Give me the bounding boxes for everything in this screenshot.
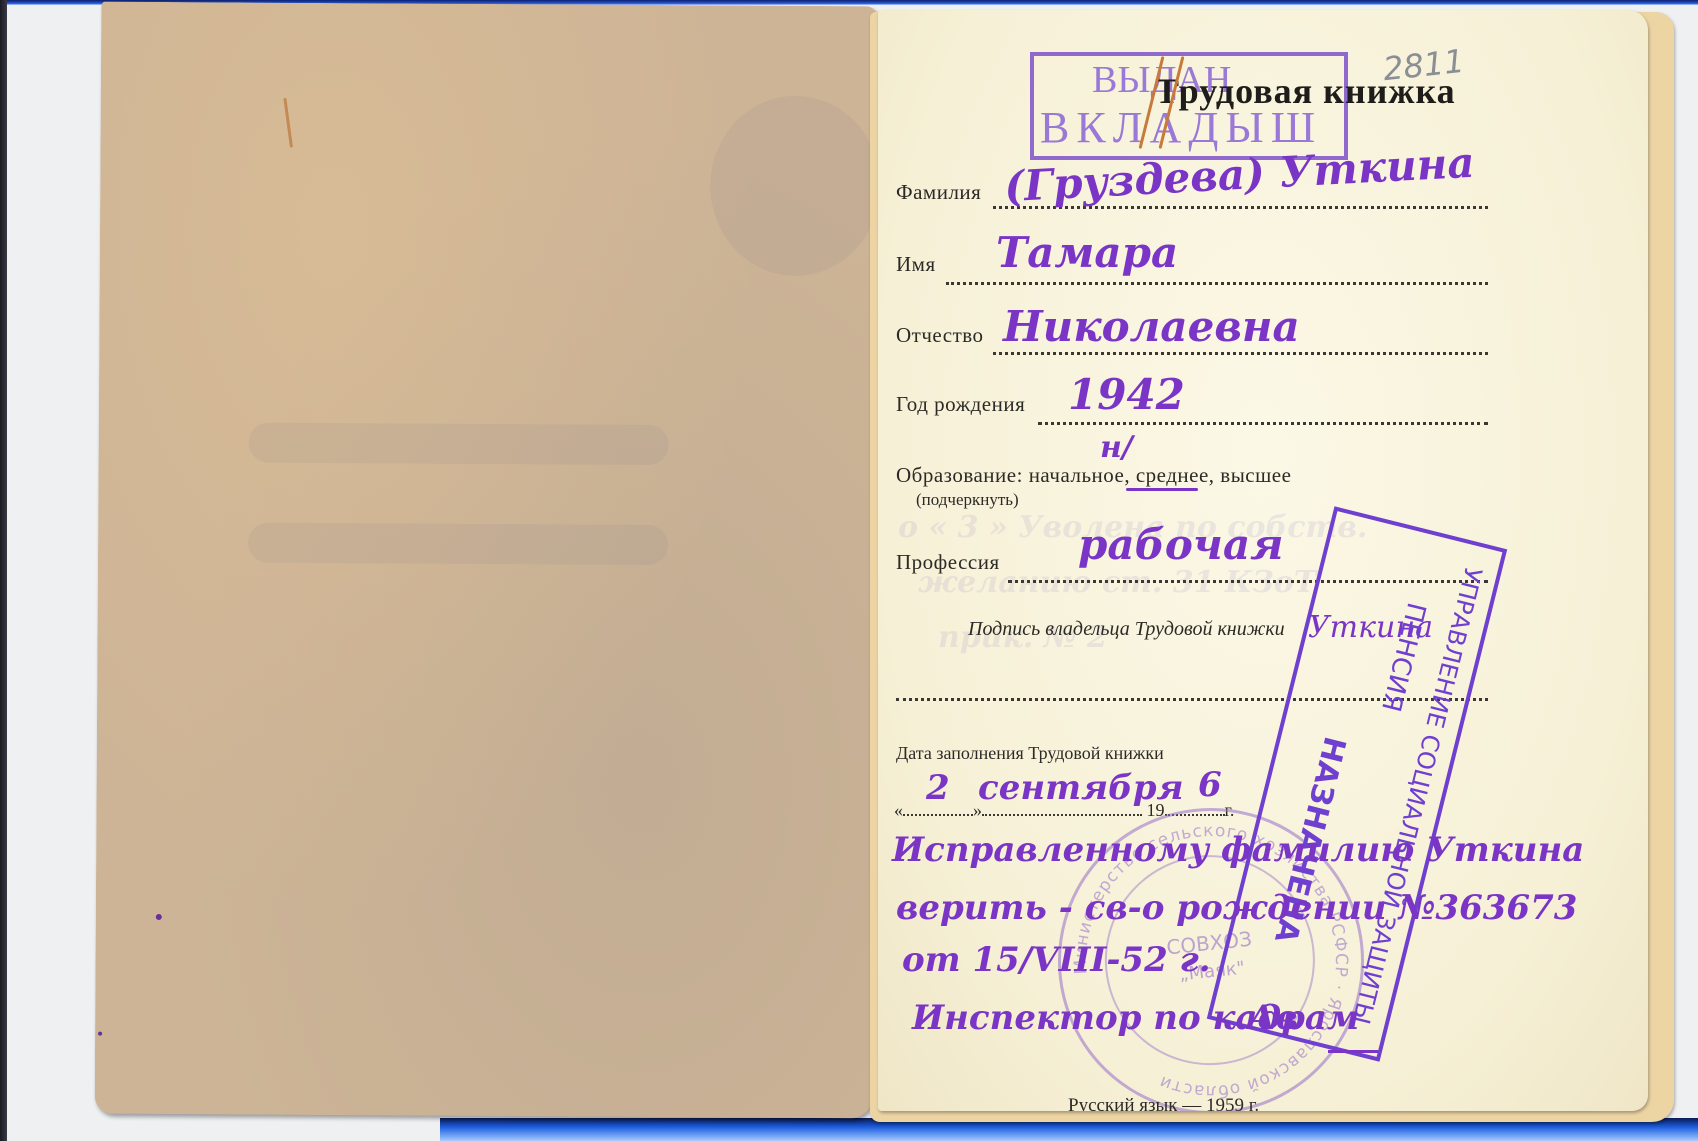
title-page: о « 3 » Уволена по собств. желанию ст. 3… <box>878 10 1648 1111</box>
education-label: Образование: начальное, среднее, высшее <box>896 463 1291 488</box>
fill-date-label: Дата заполнения Трудовой книжки <box>896 743 1164 764</box>
patronymic-value: Николаевна <box>1003 302 1300 351</box>
education-note: (подчеркнуть) <box>916 490 1019 510</box>
footer-imprint: Русский язык — 1959 г. <box>1068 1095 1259 1111</box>
correction-line2: верить - св-о рождении №363673 <box>896 888 1577 928</box>
correction-line3: от 15/VIII-52 г. <box>902 940 1211 980</box>
correction-line1: Исправленному фамилию Уткина <box>892 830 1584 870</box>
inspector-signature: Ав <box>1248 998 1298 1038</box>
education-mark: н/ <box>1100 430 1133 465</box>
fill-date-year-suffix: 6 <box>1198 765 1222 805</box>
profession-value: рабочая <box>1078 520 1284 569</box>
cover-ghost-text <box>249 423 669 466</box>
fill-date-month: сентября <box>978 768 1184 808</box>
cover-ghost-stamp <box>710 95 881 276</box>
surname-label: Фамилия <box>896 180 981 205</box>
education-underline <box>1126 488 1198 491</box>
scanner-edge-left <box>0 0 7 1141</box>
stamp-pension-line2: ПЕНСИЯ <box>1375 599 1431 714</box>
profession-label: Профессия <box>896 550 1000 575</box>
left-cover-page <box>95 2 880 1119</box>
name-value: Тамара <box>996 228 1178 277</box>
education-label-text: Образование: <box>896 463 1023 487</box>
name-label: Имя <box>896 252 936 277</box>
patronymic-line <box>993 352 1488 355</box>
fill-date-day: 2 <box>926 768 950 808</box>
ink-speck <box>156 914 162 920</box>
birth-year-value: 1942 <box>1068 370 1185 419</box>
cover-scratch <box>283 98 293 148</box>
birth-year-label: Год рождения <box>896 392 1025 417</box>
education-options: начальное, среднее, высшее <box>1029 463 1292 487</box>
name-line <box>946 282 1488 285</box>
owner-signature-label: Подпись владельца Трудовой книжки <box>968 618 1285 641</box>
patronymic-label: Отчество <box>896 323 984 348</box>
ink-speck <box>98 1032 102 1036</box>
birth-year-line <box>1038 422 1488 425</box>
cover-ghost-text <box>248 523 668 566</box>
signature-tail <box>1328 1050 1378 1053</box>
